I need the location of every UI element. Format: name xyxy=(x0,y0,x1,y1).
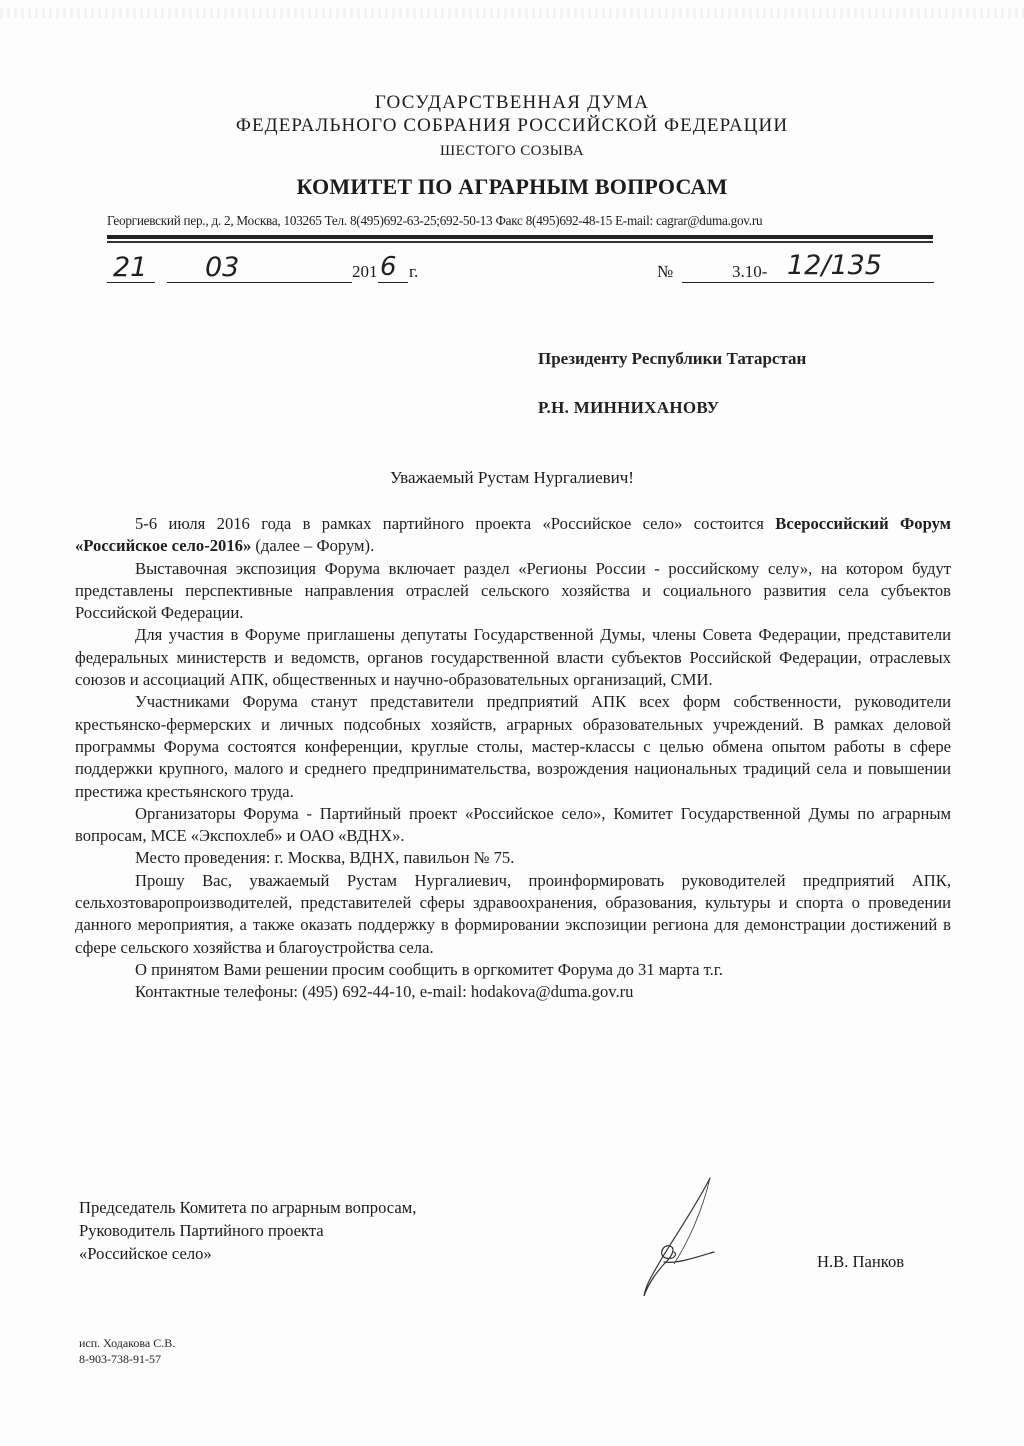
paragraph-3: Для участия в Форуме приглашены депутаты… xyxy=(75,624,951,691)
recipient-name: Р.Н. МИННИХАНОВУ xyxy=(538,398,719,418)
salutation: Уважаемый Рустам Нургалиевич! xyxy=(0,468,1024,488)
paragraph-9: Контактные телефоны: (495) 692-44-10, e-… xyxy=(75,981,951,1003)
letterhead-committee: КОМИТЕТ ПО АГРАРНЫМ ВОПРОСАМ xyxy=(0,174,1024,200)
paragraph-1-end: (далее – Форум). xyxy=(251,536,374,555)
letterhead-org: ГОСУДАРСТВЕННАЯ ДУМА xyxy=(0,92,1024,114)
date-day: 21 xyxy=(113,252,147,283)
registration-row: 21 03 201 6 г. № 3.10- 12/135 xyxy=(107,252,937,292)
date-month: 03 xyxy=(205,252,239,283)
letterhead-divider-thin xyxy=(107,241,933,243)
signatory-name: Н.В. Панков xyxy=(817,1252,904,1272)
letterhead-convocation: ШЕСТОГО СОЗЫВА xyxy=(0,143,1024,160)
scan-artifact xyxy=(0,8,1024,18)
date-day-underline xyxy=(107,282,155,283)
letterhead-address: Георгиевский пер., д. 2, Москва, 103265 … xyxy=(107,213,937,229)
reg-number-prefix: 3.10- xyxy=(732,262,767,282)
letterhead-divider-thick xyxy=(107,235,933,239)
date-month-underline xyxy=(167,282,352,283)
position-line-1: Председатель Комитета по аграрным вопрос… xyxy=(79,1196,416,1219)
paragraph-1: 5-6 июля 2016 года в рамках партийного п… xyxy=(75,513,951,558)
position-line-3: «Российское село» xyxy=(79,1242,416,1265)
reg-number-handwritten: 12/135 xyxy=(787,250,882,281)
recipient-title: Президенту Республики Татарстан xyxy=(538,349,806,369)
paragraph-1-start: 5-6 июля 2016 года в рамках партийного п… xyxy=(135,514,775,533)
paragraph-7: Прошу Вас, уважаемый Рустам Нургалиевич,… xyxy=(75,870,951,959)
letter-page: ГОСУДАРСТВЕННАЯ ДУМА ФЕДЕРАЛЬНОГО СОБРАН… xyxy=(0,0,1024,1446)
paragraph-5: Организаторы Форума - Партийный проект «… xyxy=(75,803,951,848)
number-underline xyxy=(682,282,934,283)
paragraph-6: Место проведения: г. Москва, ВДНХ, павил… xyxy=(75,847,951,869)
date-year-digit: 6 xyxy=(380,252,397,282)
date-year-underline xyxy=(378,282,408,283)
date-year-prefix: 201 xyxy=(352,262,378,282)
handwritten-signature-icon xyxy=(618,1172,758,1302)
paragraph-2: Выставочная экспозиция Форума включает р… xyxy=(75,558,951,625)
number-sign: № xyxy=(657,262,673,282)
letterhead-org-full: ФЕДЕРАЛЬНОГО СОБРАНИЯ РОССИЙСКОЙ ФЕДЕРАЦ… xyxy=(0,115,1024,137)
signatory-position: Председатель Комитета по аграрным вопрос… xyxy=(79,1196,416,1265)
executor-info: исп. Ходакова С.В. 8-903-738-91-57 xyxy=(79,1335,175,1367)
letter-body: 5-6 июля 2016 года в рамках партийного п… xyxy=(75,513,951,1004)
position-line-2: Руководитель Партийного проекта xyxy=(79,1219,416,1242)
executor-name: исп. Ходакова С.В. xyxy=(79,1335,175,1351)
date-year-suffix: г. xyxy=(409,262,418,282)
executor-phone: 8-903-738-91-57 xyxy=(79,1351,175,1367)
paragraph-4: Участниками Форума станут представители … xyxy=(75,691,951,802)
paragraph-8: О принятом Вами решении просим сообщить … xyxy=(75,959,951,981)
